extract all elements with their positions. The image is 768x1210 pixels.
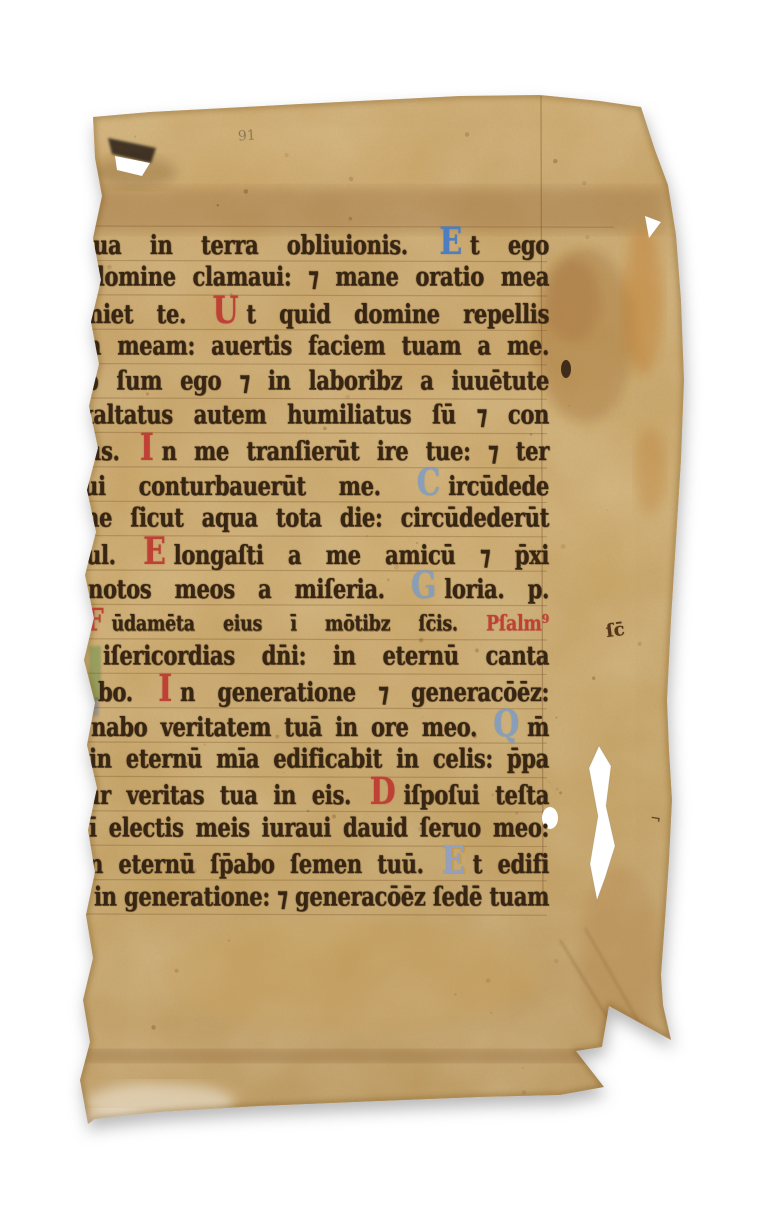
fold-inscription: ſc̄	[605, 619, 626, 642]
bottom-crease	[84, 1050, 650, 1062]
lower-warm-patch	[160, 920, 540, 1030]
freckle	[121, 340, 123, 342]
freckle	[119, 146, 122, 149]
freckle	[592, 677, 595, 680]
freckle	[517, 549, 521, 553]
manuscript-leaf-photo: ua in terra obliuionis. Et egodomine cla…	[0, 0, 768, 1210]
small-worm-hole	[561, 360, 571, 378]
freckle	[283, 772, 285, 774]
freckle	[204, 743, 206, 745]
freckle	[394, 565, 399, 570]
freckle	[230, 293, 233, 296]
freckle	[292, 751, 295, 754]
freckle	[184, 762, 188, 766]
freckle	[568, 405, 569, 406]
freckle	[418, 827, 423, 832]
right-margin-stain-core	[544, 258, 600, 342]
freckle	[266, 275, 268, 277]
freckle	[348, 217, 352, 221]
freckle	[475, 648, 479, 652]
fold-edge-stain-lower	[635, 425, 665, 515]
freckle	[556, 788, 559, 791]
freckle	[217, 204, 220, 207]
freckle	[377, 893, 379, 895]
freckle	[624, 1062, 628, 1066]
freckle	[323, 427, 327, 431]
freckle	[366, 535, 368, 537]
lower-right-patch	[580, 865, 660, 1045]
freckle	[515, 812, 518, 815]
freckle	[638, 642, 642, 646]
freckle	[151, 1025, 155, 1029]
freckle	[448, 344, 452, 348]
freckle	[490, 1012, 492, 1014]
freckle	[561, 544, 566, 549]
freckle	[491, 793, 494, 796]
freckle	[146, 392, 149, 395]
freckle	[553, 159, 557, 163]
freckle	[422, 716, 424, 718]
freckle	[349, 177, 354, 182]
freckle	[399, 891, 403, 895]
freckle	[473, 734, 477, 738]
freckle	[545, 728, 549, 732]
freckle	[556, 717, 558, 719]
freckle	[530, 433, 533, 436]
freckle	[275, 735, 279, 739]
freckle	[525, 376, 527, 378]
freckle	[134, 135, 136, 137]
freckle	[454, 993, 457, 996]
freckle	[585, 235, 589, 239]
leaf-surface	[50, 70, 730, 1180]
freckle	[244, 189, 249, 194]
freckle	[278, 660, 280, 662]
freckle	[332, 815, 336, 819]
freckle	[606, 509, 608, 511]
top-crease-stain	[86, 188, 666, 232]
freckle	[307, 809, 310, 812]
freckle	[522, 1067, 524, 1069]
freckle	[107, 265, 112, 270]
freckle	[559, 791, 562, 794]
freckle	[193, 869, 197, 873]
freckle	[228, 939, 230, 941]
freckle	[416, 542, 418, 544]
freckle	[284, 153, 288, 157]
freckle	[554, 959, 559, 964]
freckle	[198, 829, 200, 831]
freckle	[479, 242, 481, 244]
freckle	[387, 578, 390, 581]
small-hole	[542, 807, 558, 829]
freckle	[315, 517, 317, 519]
freckle	[582, 181, 586, 185]
freckle	[465, 132, 469, 136]
freckle	[131, 652, 133, 654]
freckle	[486, 978, 490, 982]
freckle	[419, 638, 424, 643]
freckle	[397, 1123, 400, 1126]
freckle	[491, 627, 493, 629]
folio-number: 91	[237, 127, 256, 144]
freckle	[175, 969, 179, 973]
freckle	[345, 395, 349, 399]
fold-edge-stain-upper	[623, 225, 663, 375]
parchment-leaf	[0, 0, 768, 1210]
